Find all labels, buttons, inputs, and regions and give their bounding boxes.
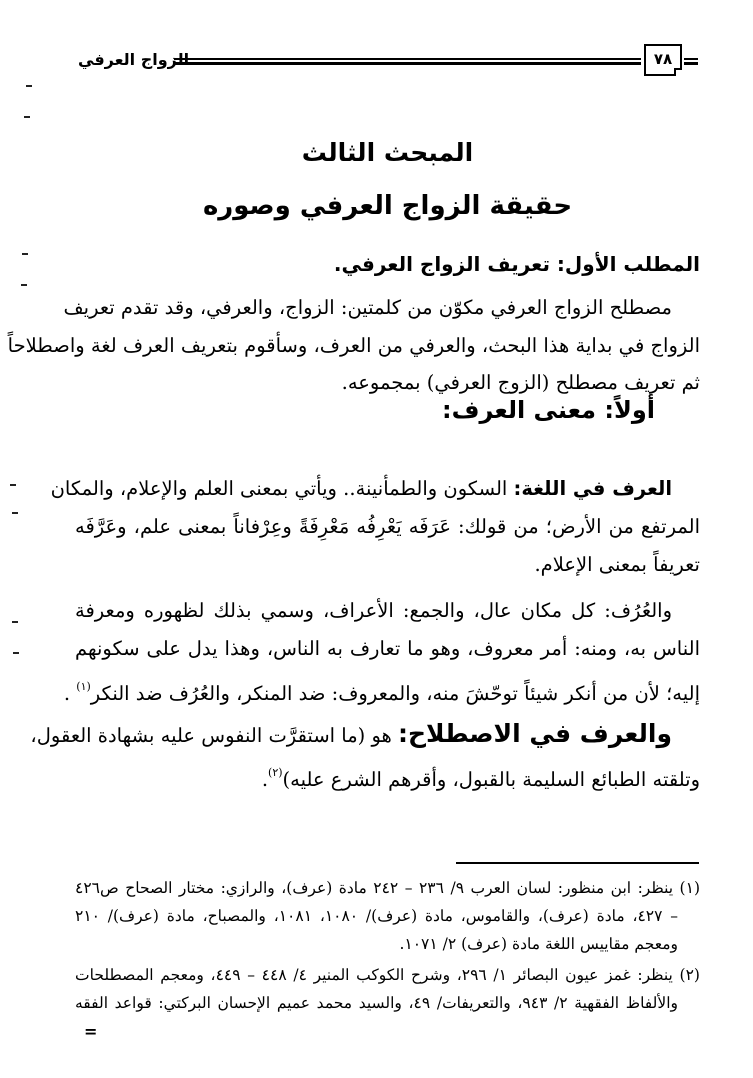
book-page: الزواج العرفي ٧٨ المبحث الثالث حقيقة الز… bbox=[0, 0, 753, 1078]
scan-margin-mark bbox=[12, 512, 18, 514]
footnote-2-line-2: والألفاظ الفقهية ٢/ ٩٤٣، والتعريفات/ ٤٩،… bbox=[75, 991, 700, 1015]
footnote-1-line-3: ومعجم مقاييس اللغة مادة (عرف) ٢/ ١٠٧١. bbox=[75, 932, 700, 956]
intro-line-2: الزواج في بداية هذا البحث، والعرفي من ال… bbox=[75, 331, 700, 361]
subsection-heading: أولاً: معنى العرف: bbox=[75, 396, 655, 424]
footnote-1-line-1: (١) ينظر: ابن منظور: لسان العرب ٩/ ٢٣٦ –… bbox=[75, 876, 700, 900]
header-rule bbox=[174, 58, 641, 65]
chapter-title: المبحث الثالث bbox=[75, 138, 700, 167]
header-rule-tail bbox=[684, 58, 698, 65]
continuation-mark: = bbox=[84, 1022, 97, 1041]
scan-margin-mark bbox=[21, 284, 27, 286]
linguistic-line-1: العرف في اللغة: السكون والطمأنينة.. ويأت… bbox=[75, 474, 700, 504]
scan-margin-mark bbox=[22, 253, 28, 255]
scan-margin-mark bbox=[10, 484, 16, 486]
technical-line-2: وتلقته الطبائع السليمة بالقبول، وأقرهم ا… bbox=[75, 758, 700, 795]
linguistic-term: العرف في اللغة: bbox=[514, 477, 672, 500]
urf-line-1: والعُرُف: كل مكان عال، والجمع: الأعراف، … bbox=[75, 596, 700, 626]
footnote-ref-1[interactable]: (١) bbox=[76, 680, 91, 693]
scan-margin-mark bbox=[12, 621, 18, 623]
scan-margin-mark bbox=[24, 116, 30, 118]
running-title: الزواج العرفي bbox=[78, 48, 189, 74]
urf-line-3-text: إليه؛ لأن من أنكر شيئاً توحّشَ منه، والم… bbox=[91, 682, 700, 705]
footnote-2-line-1: (٢) ينظر: غمز عيون البصائر ١/ ٢٩٦، وشرح … bbox=[75, 963, 700, 987]
page-number: ٧٨ bbox=[644, 44, 682, 76]
footnote-1-line-2: – ٤٢٧، مادة (عرف)، والقاموس، مادة (عرف)/… bbox=[75, 904, 700, 928]
technical-line-1: والعرف في الاصطلاح: هو (ما استقرَّت النف… bbox=[75, 719, 700, 751]
urf-line-2: الناس به، ومنه: أمر معروف، وهو ما تعارف … bbox=[75, 634, 700, 664]
urf-line-3-end: . bbox=[64, 682, 76, 705]
section-heading: المطلب الأول: تعريف الزواج العرفي. bbox=[75, 252, 700, 276]
chapter-subtitle: حقيقة الزواج العرفي وصوره bbox=[75, 191, 700, 221]
running-header: الزواج العرفي ٧٨ bbox=[78, 48, 705, 74]
technical-line-1-text: هو (ما استقرَّت النفوس عليه بشهادة العقو… bbox=[30, 724, 398, 747]
footnote-separator bbox=[456, 862, 699, 864]
technical-line-2-text: وتلقته الطبائع السليمة بالقبول، وأقرهم ا… bbox=[283, 768, 700, 791]
scan-margin-mark bbox=[13, 652, 19, 654]
linguistic-line-1-text: السكون والطمأنينة.. ويأتي بمعنى العلم وا… bbox=[51, 477, 514, 500]
scan-margin-mark bbox=[26, 85, 32, 87]
urf-line-3: إليه؛ لأن من أنكر شيئاً توحّشَ منه، والم… bbox=[75, 672, 700, 709]
intro-line-1: مصطلح الزواج العرفي مكوّن من كلمتين: الز… bbox=[75, 293, 700, 323]
linguistic-line-2: المرتفع من الأرض؛ من قولك: عَرَفَه يَعْر… bbox=[75, 512, 700, 542]
footnote-ref-2[interactable]: (٢) bbox=[268, 766, 283, 779]
linguistic-line-3: تعريفاً بمعنى الإعلام. bbox=[75, 550, 700, 580]
technical-term: والعرف في الاصطلاح: bbox=[398, 719, 672, 748]
intro-line-3: ثم تعريف مصطلح (الزوج العرفي) بمجموعه. bbox=[75, 368, 700, 398]
